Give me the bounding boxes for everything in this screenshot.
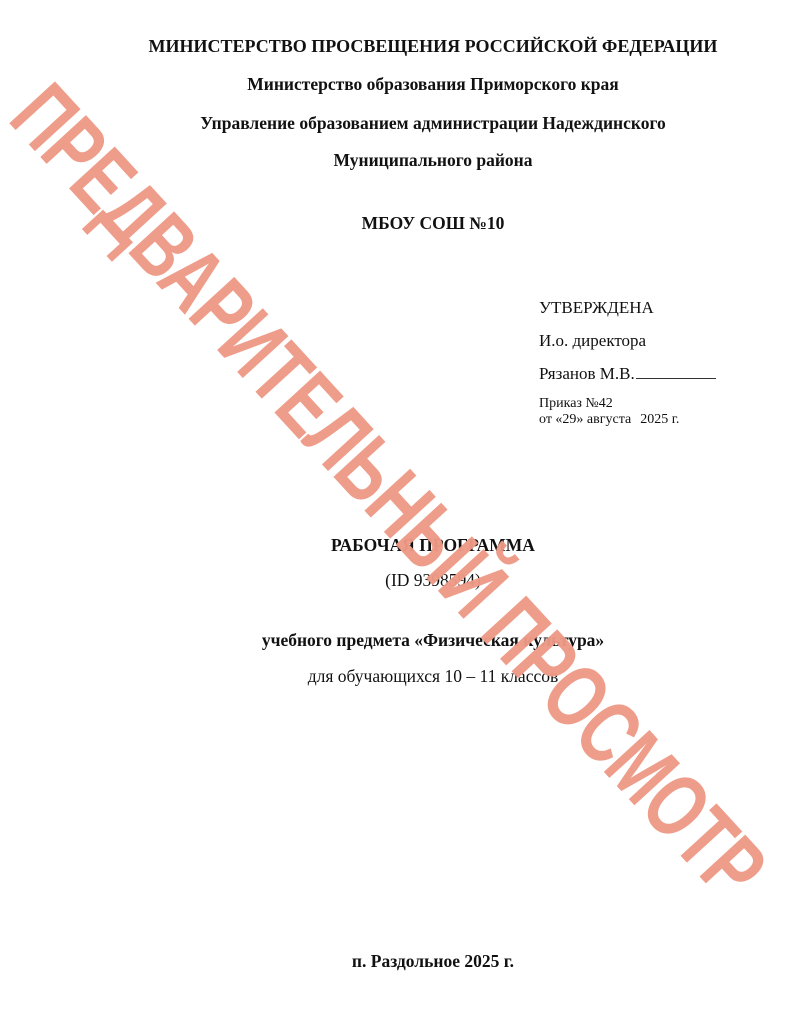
approval-block: УТВЕРЖДЕНА И.о. директора Рязанов М.В. <box>539 291 716 390</box>
order-date-row: от «29» августа2025 г. <box>539 412 679 428</box>
watermark-text: ПРЕДВАРИТЕЛЬНЫЙ ПРОСМОТР <box>0 69 781 914</box>
order-date: от «29» августа <box>539 412 631 427</box>
approval-position: И.о. директора <box>539 324 716 357</box>
ministry-regional-heading: Министерство образования Приморского кра… <box>0 74 800 95</box>
program-title: РАБОЧАЯ ПРОГРАММА <box>0 535 800 556</box>
program-id: (ID 9398594) <box>0 570 800 591</box>
department-heading: Управление образованием администрации На… <box>0 113 800 134</box>
document-page: МИНИСТЕРСТВО ПРОСВЕЩЕНИЯ РОССИЙСКОЙ ФЕДЕ… <box>0 0 800 1024</box>
place-year: п. Раздольное 2025 г. <box>0 951 800 972</box>
ministry-federal-heading: МИНИСТЕРСТВО ПРОСВЕЩЕНИЯ РОССИЙСКОЙ ФЕДЕ… <box>0 36 800 57</box>
signature-line <box>636 364 716 379</box>
approval-signatory: Рязанов М.В. <box>539 364 635 383</box>
program-grades: для обучающихся 10 – 11 классов <box>0 666 800 687</box>
school-name: МБОУ СОШ №10 <box>0 213 800 234</box>
order-year: 2025 г. <box>640 412 679 427</box>
district-heading: Муниципального района <box>0 150 800 171</box>
approval-signatory-row: Рязанов М.В. <box>539 357 716 390</box>
order-number: Приказ №42 <box>539 396 679 412</box>
approval-status: УТВЕРЖДЕНА <box>539 291 716 324</box>
order-block: Приказ №42 от «29» августа2025 г. <box>539 396 679 428</box>
program-subject: учебного предмета «Физическая культура» <box>0 630 800 651</box>
